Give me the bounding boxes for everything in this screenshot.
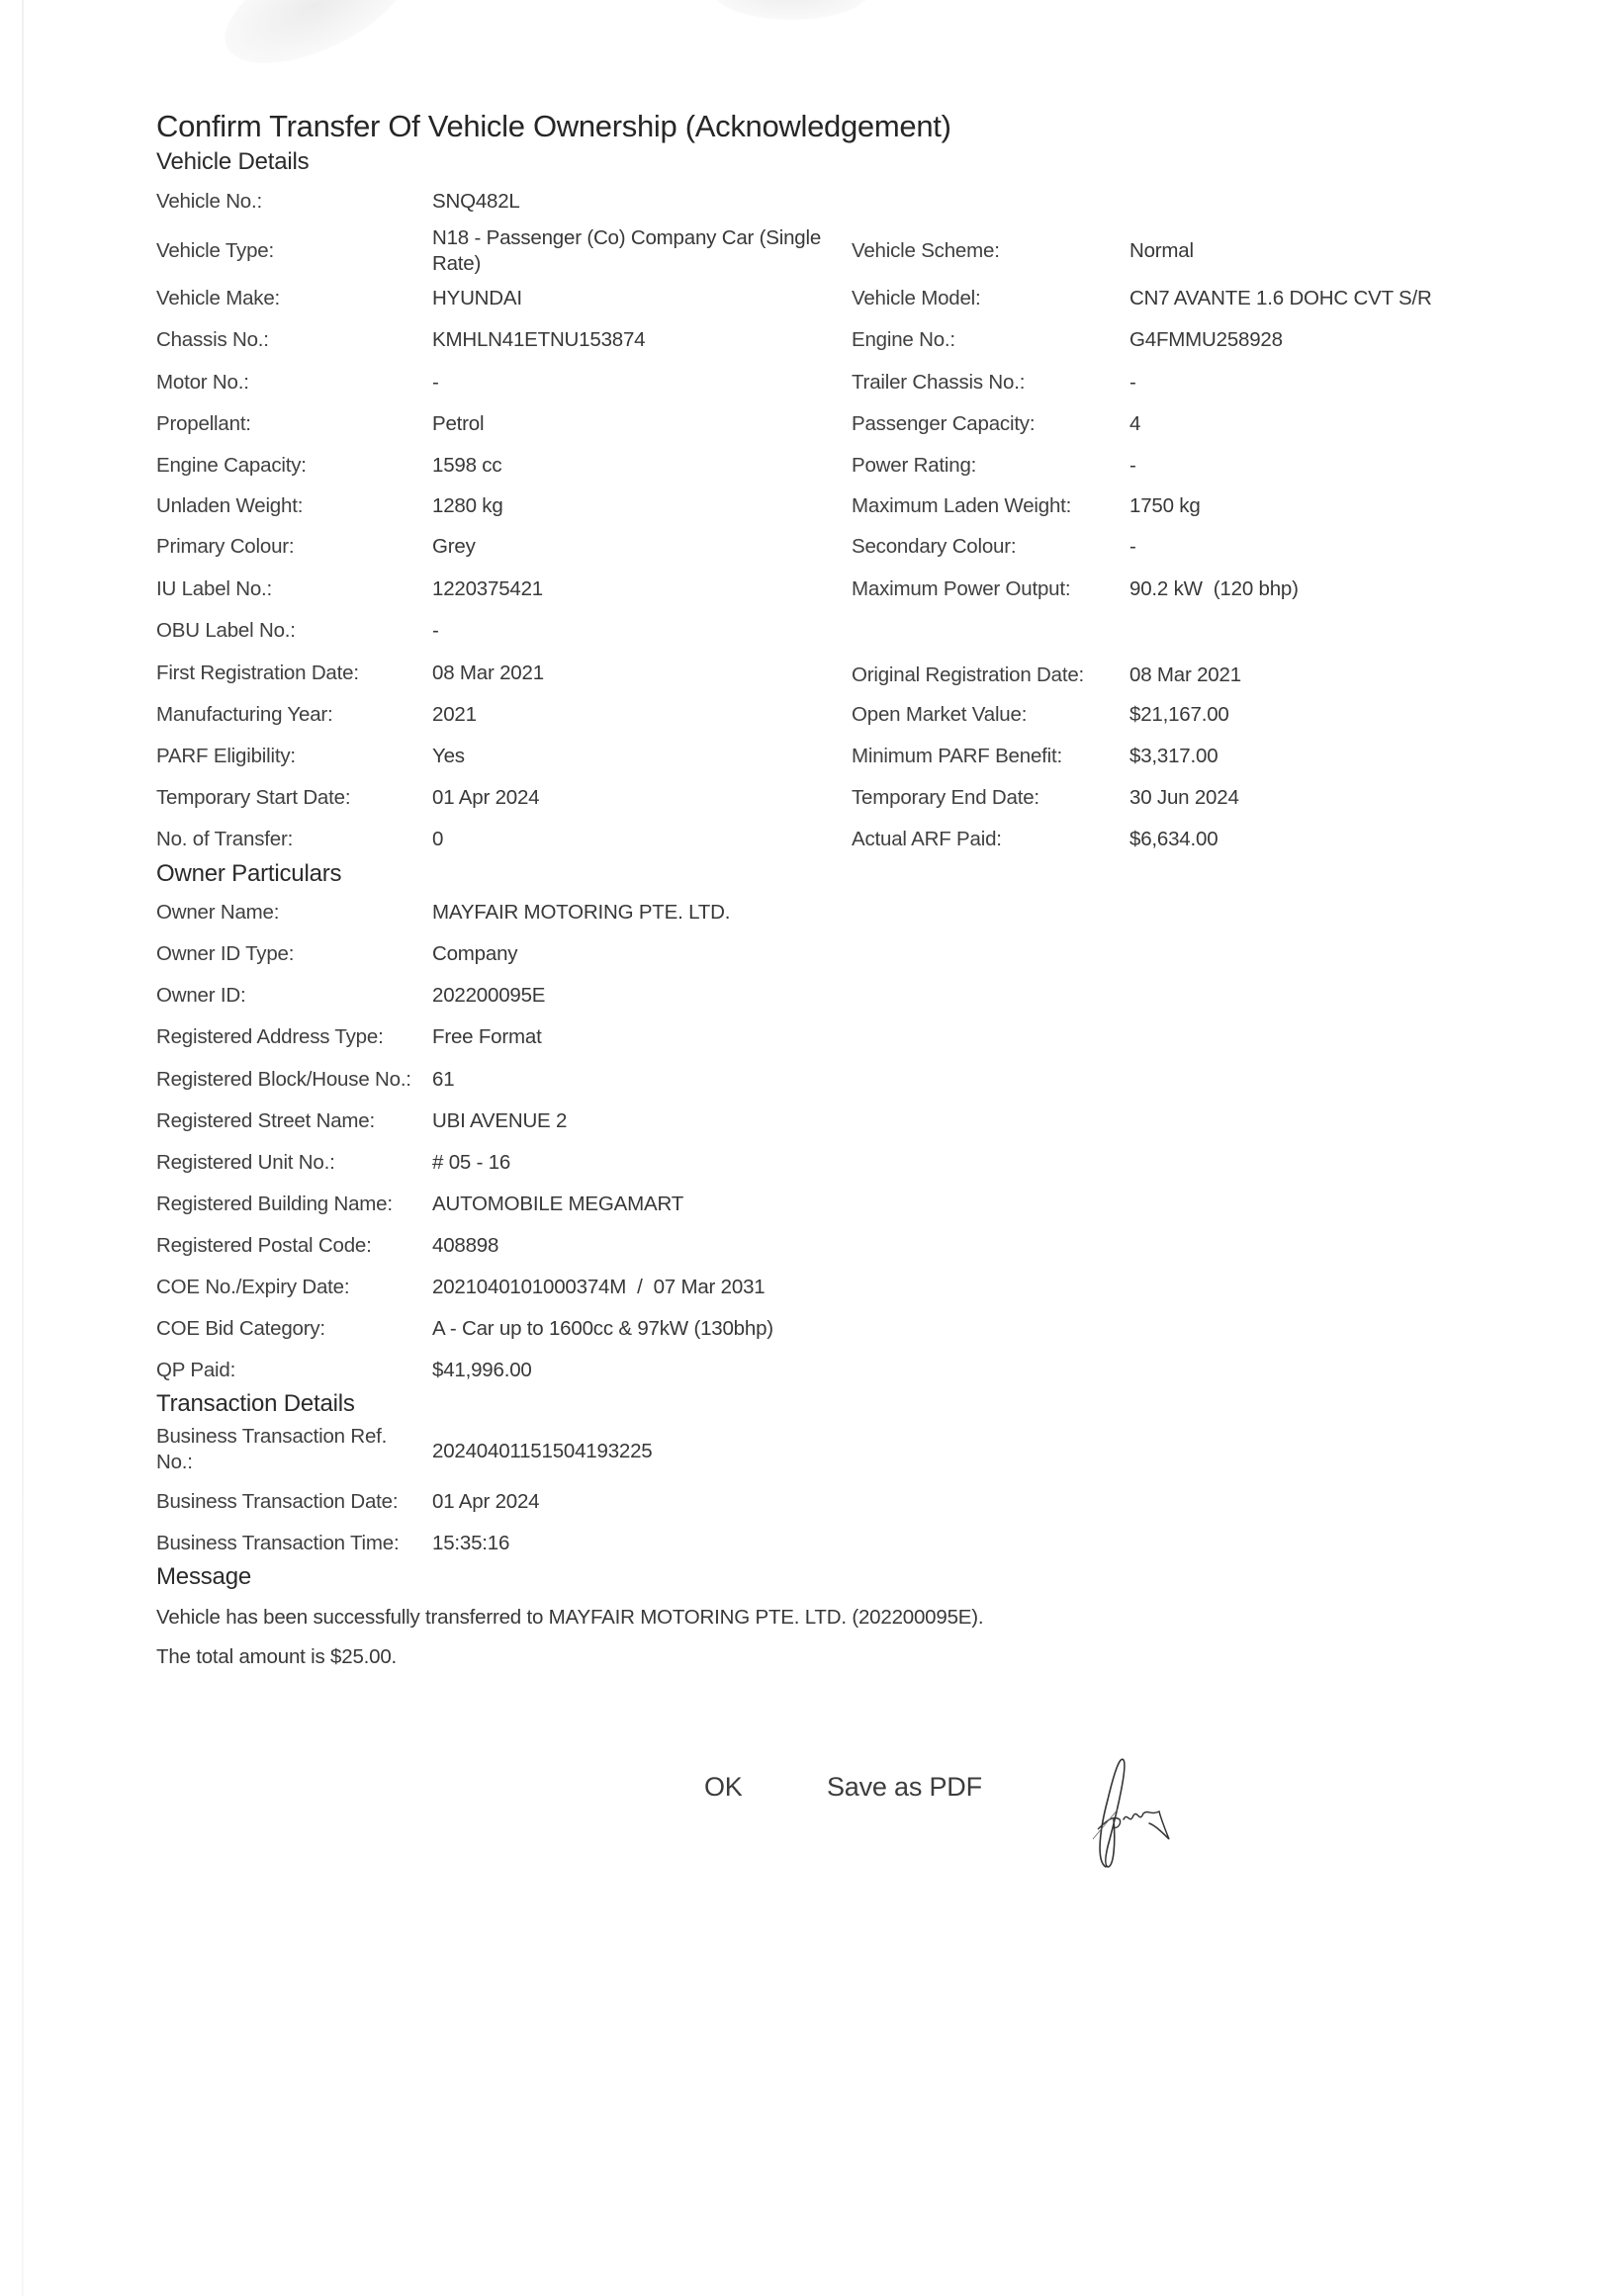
- row-postal-code: Registered Postal Code: 408898: [156, 1234, 1541, 1276]
- scan-smudge: [712, 0, 870, 20]
- value-original-registration-date: 08 Mar 2021: [1129, 663, 1241, 687]
- value-unladen-weight: 1280 kg: [432, 494, 503, 518]
- row-registration-date: First Registration Date: 08 Mar 2021 Ori…: [156, 662, 1541, 703]
- value-transaction-time: 15:35:16: [432, 1532, 509, 1555]
- value-owner-id-type: Company: [432, 942, 517, 966]
- value-vehicle-make: HYUNDAI: [432, 287, 522, 310]
- message-transfer-success: Vehicle has been successfully transferre…: [156, 1606, 983, 1630]
- row-qp-paid: QP Paid: $41,996.00: [156, 1359, 1541, 1400]
- label-qp-paid: QP Paid:: [156, 1359, 235, 1382]
- row-block-house-no: Registered Block/House No.: 61: [156, 1068, 1541, 1109]
- label-vehicle-scheme: Vehicle Scheme:: [852, 239, 1000, 263]
- value-transaction-ref-no: 20240401151504193225: [432, 1440, 653, 1463]
- label-engine-no: Engine No.:: [852, 328, 955, 352]
- label-vehicle-make: Vehicle Make:: [156, 287, 280, 310]
- label-no-of-transfer: No. of Transfer:: [156, 828, 293, 851]
- label-open-market-value: Open Market Value:: [852, 703, 1027, 727]
- label-iu-label-no: IU Label No.:: [156, 577, 272, 601]
- label-block-house-no: Registered Block/House No.:: [156, 1068, 411, 1092]
- row-street-name: Registered Street Name: UBI AVENUE 2: [156, 1109, 1541, 1151]
- value-postal-code: 408898: [432, 1234, 498, 1258]
- value-manufacturing-year: 2021: [432, 703, 477, 727]
- label-passenger-capacity: Passenger Capacity:: [852, 412, 1035, 436]
- label-engine-capacity: Engine Capacity:: [156, 454, 307, 478]
- value-unit-no: # 05 - 16: [432, 1151, 510, 1175]
- row-transaction-time: Business Transaction Time: 15:35:16: [156, 1532, 1541, 1573]
- label-vehicle-model: Vehicle Model:: [852, 287, 981, 310]
- value-building-name: AUTOMOBILE MEGAMART: [432, 1192, 683, 1216]
- label-chassis-no: Chassis No.:: [156, 328, 269, 352]
- section-owner-particulars: Owner Particulars: [156, 860, 341, 888]
- label-primary-colour: Primary Colour:: [156, 535, 294, 559]
- message-total-amount: The total amount is $25.00.: [156, 1645, 397, 1669]
- label-propellant: Propellant:: [156, 412, 251, 436]
- label-obu-label-no: OBU Label No.:: [156, 619, 296, 643]
- label-first-registration-date: First Registration Date:: [156, 662, 359, 685]
- label-original-registration-date: Original Registration Date:: [852, 663, 1084, 687]
- label-address-type: Registered Address Type:: [156, 1025, 384, 1049]
- value-coe-no-expiry: 2021040101000374M / 07 Mar 2031: [432, 1276, 765, 1299]
- label-temporary-start-date: Temporary Start Date:: [156, 786, 350, 810]
- value-temporary-start-date: 01 Apr 2024: [432, 786, 539, 810]
- row-primary-colour: Primary Colour: Grey Secondary Colour: -: [156, 535, 1541, 576]
- value-transaction-date: 01 Apr 2024: [432, 1490, 539, 1514]
- row-building-name: Registered Building Name: AUTOMOBILE MEG…: [156, 1192, 1541, 1234]
- row-vehicle-make: Vehicle Make: HYUNDAI Vehicle Model: CN7…: [156, 287, 1541, 328]
- value-qp-paid: $41,996.00: [432, 1359, 532, 1382]
- label-vehicle-type: Vehicle Type:: [156, 239, 274, 263]
- scan-smudge: [208, 0, 424, 87]
- label-vehicle-no: Vehicle No.:: [156, 190, 262, 214]
- label-unit-no: Registered Unit No.:: [156, 1151, 335, 1175]
- row-transaction-ref-no: Business Transaction Ref. No.: 202404011…: [156, 1424, 1541, 1483]
- value-trailer-chassis-no: -: [1129, 371, 1136, 395]
- value-vehicle-no: SNQ482L: [432, 190, 520, 214]
- row-owner-id: Owner ID: 202200095E: [156, 984, 1541, 1025]
- row-motor-no: Motor No.: - Trailer Chassis No.: -: [156, 371, 1541, 412]
- label-postal-code: Registered Postal Code:: [156, 1234, 372, 1258]
- row-parf-eligibility: PARF Eligibility: Yes Minimum PARF Benef…: [156, 745, 1541, 786]
- row-owner-name: Owner Name: MAYFAIR MOTORING PTE. LTD.: [156, 901, 1541, 942]
- value-minimum-parf-benefit: $3,317.00: [1129, 745, 1218, 768]
- value-motor-no: -: [432, 371, 439, 395]
- label-parf-eligibility: PARF Eligibility:: [156, 745, 296, 768]
- row-chassis-no: Chassis No.: KMHLN41ETNU153874 Engine No…: [156, 328, 1541, 370]
- value-vehicle-type: N18 - Passenger (Co) Company Car (Single…: [432, 225, 857, 277]
- label-trailer-chassis-no: Trailer Chassis No.:: [852, 371, 1025, 395]
- label-street-name: Registered Street Name:: [156, 1109, 375, 1133]
- label-max-power-output: Maximum Power Output:: [852, 577, 1070, 601]
- row-transaction-date: Business Transaction Date: 01 Apr 2024: [156, 1490, 1541, 1532]
- row-engine-capacity: Engine Capacity: 1598 cc Power Rating: -: [156, 454, 1541, 495]
- row-temporary-dates: Temporary Start Date: 01 Apr 2024 Tempor…: [156, 786, 1541, 828]
- value-actual-arf-paid: $6,634.00: [1129, 828, 1218, 851]
- label-actual-arf-paid: Actual ARF Paid:: [852, 828, 1002, 851]
- ok-button[interactable]: OK: [704, 1772, 743, 1803]
- label-transaction-date: Business Transaction Date:: [156, 1490, 398, 1514]
- label-coe-no-expiry: COE No./Expiry Date:: [156, 1276, 349, 1299]
- label-owner-id-type: Owner ID Type:: [156, 942, 294, 966]
- scan-edge: [22, 0, 24, 2296]
- value-first-registration-date: 08 Mar 2021: [432, 662, 544, 685]
- value-block-house-no: 61: [432, 1068, 454, 1092]
- row-unit-no: Registered Unit No.: # 05 - 16: [156, 1151, 1541, 1192]
- label-owner-name: Owner Name:: [156, 901, 279, 925]
- value-propellant: Petrol: [432, 412, 484, 436]
- value-engine-no: G4FMMU258928: [1129, 328, 1283, 352]
- value-temporary-end-date: 30 Jun 2024: [1129, 786, 1239, 810]
- label-temporary-end-date: Temporary End Date:: [852, 786, 1039, 810]
- label-transaction-time: Business Transaction Time:: [156, 1532, 399, 1555]
- value-vehicle-scheme: Normal: [1129, 239, 1194, 263]
- row-unladen-weight: Unladen Weight: 1280 kg Maximum Laden We…: [156, 494, 1541, 536]
- label-transaction-ref-no: Business Transaction Ref. No.:: [156, 1424, 428, 1475]
- value-street-name: UBI AVENUE 2: [432, 1109, 567, 1133]
- value-obu-label-no: -: [432, 619, 439, 643]
- value-owner-id: 202200095E: [432, 984, 545, 1008]
- value-engine-capacity: 1598 cc: [432, 454, 501, 478]
- value-vehicle-model: CN7 AVANTE 1.6 DOHC CVT S/R: [1129, 287, 1432, 310]
- page-title: Confirm Transfer Of Vehicle Ownership (A…: [156, 109, 951, 144]
- value-parf-eligibility: Yes: [432, 745, 465, 768]
- row-propellant: Propellant: Petrol Passenger Capacity: 4: [156, 412, 1541, 454]
- value-passenger-capacity: 4: [1129, 412, 1140, 436]
- value-open-market-value: $21,167.00: [1129, 703, 1229, 727]
- label-unladen-weight: Unladen Weight:: [156, 494, 303, 518]
- label-owner-id: Owner ID:: [156, 984, 245, 1008]
- row-no-of-transfer: No. of Transfer: 0 Actual ARF Paid: $6,6…: [156, 828, 1541, 869]
- label-coe-bid-category: COE Bid Category:: [156, 1317, 325, 1341]
- value-no-of-transfer: 0: [432, 828, 443, 851]
- handwritten-signature-icon: [1078, 1750, 1187, 1879]
- label-secondary-colour: Secondary Colour:: [852, 535, 1016, 559]
- row-vehicle-type: Vehicle Type: N18 - Passenger (Co) Compa…: [156, 225, 1541, 267]
- value-secondary-colour: -: [1129, 535, 1136, 559]
- label-manufacturing-year: Manufacturing Year:: [156, 703, 333, 727]
- row-coe-no-expiry: COE No./Expiry Date: 2021040101000374M /…: [156, 1276, 1541, 1317]
- label-minimum-parf-benefit: Minimum PARF Benefit:: [852, 745, 1062, 768]
- label-max-laden-weight: Maximum Laden Weight:: [852, 494, 1071, 518]
- value-power-rating: -: [1129, 454, 1136, 478]
- row-coe-bid-category: COE Bid Category: A - Car up to 1600cc &…: [156, 1317, 1541, 1359]
- value-primary-colour: Grey: [432, 535, 476, 559]
- save-as-pdf-button[interactable]: Save as PDF: [827, 1772, 982, 1803]
- label-building-name: Registered Building Name:: [156, 1192, 393, 1216]
- section-vehicle-details: Vehicle Details: [156, 148, 309, 176]
- label-power-rating: Power Rating:: [852, 454, 976, 478]
- row-address-type: Registered Address Type: Free Format: [156, 1025, 1541, 1067]
- value-chassis-no: KMHLN41ETNU153874: [432, 328, 645, 352]
- value-owner-name: MAYFAIR MOTORING PTE. LTD.: [432, 901, 730, 925]
- value-max-laden-weight: 1750 kg: [1129, 494, 1201, 518]
- row-owner-id-type: Owner ID Type: Company: [156, 942, 1541, 984]
- value-address-type: Free Format: [432, 1025, 542, 1049]
- row-obu-label-no: OBU Label No.: -: [156, 619, 1541, 661]
- value-iu-label-no: 1220375421: [432, 577, 543, 601]
- value-max-power-output: 90.2 kW (120 bhp): [1129, 577, 1299, 601]
- value-coe-bid-category: A - Car up to 1600cc & 97kW (130bhp): [432, 1317, 773, 1341]
- row-manufacturing-year: Manufacturing Year: 2021 Open Market Val…: [156, 703, 1541, 745]
- row-iu-label-no: IU Label No.: 1220375421 Maximum Power O…: [156, 577, 1541, 619]
- section-transaction-details: Transaction Details: [156, 1390, 355, 1418]
- label-motor-no: Motor No.:: [156, 371, 249, 395]
- section-message: Message: [156, 1563, 251, 1591]
